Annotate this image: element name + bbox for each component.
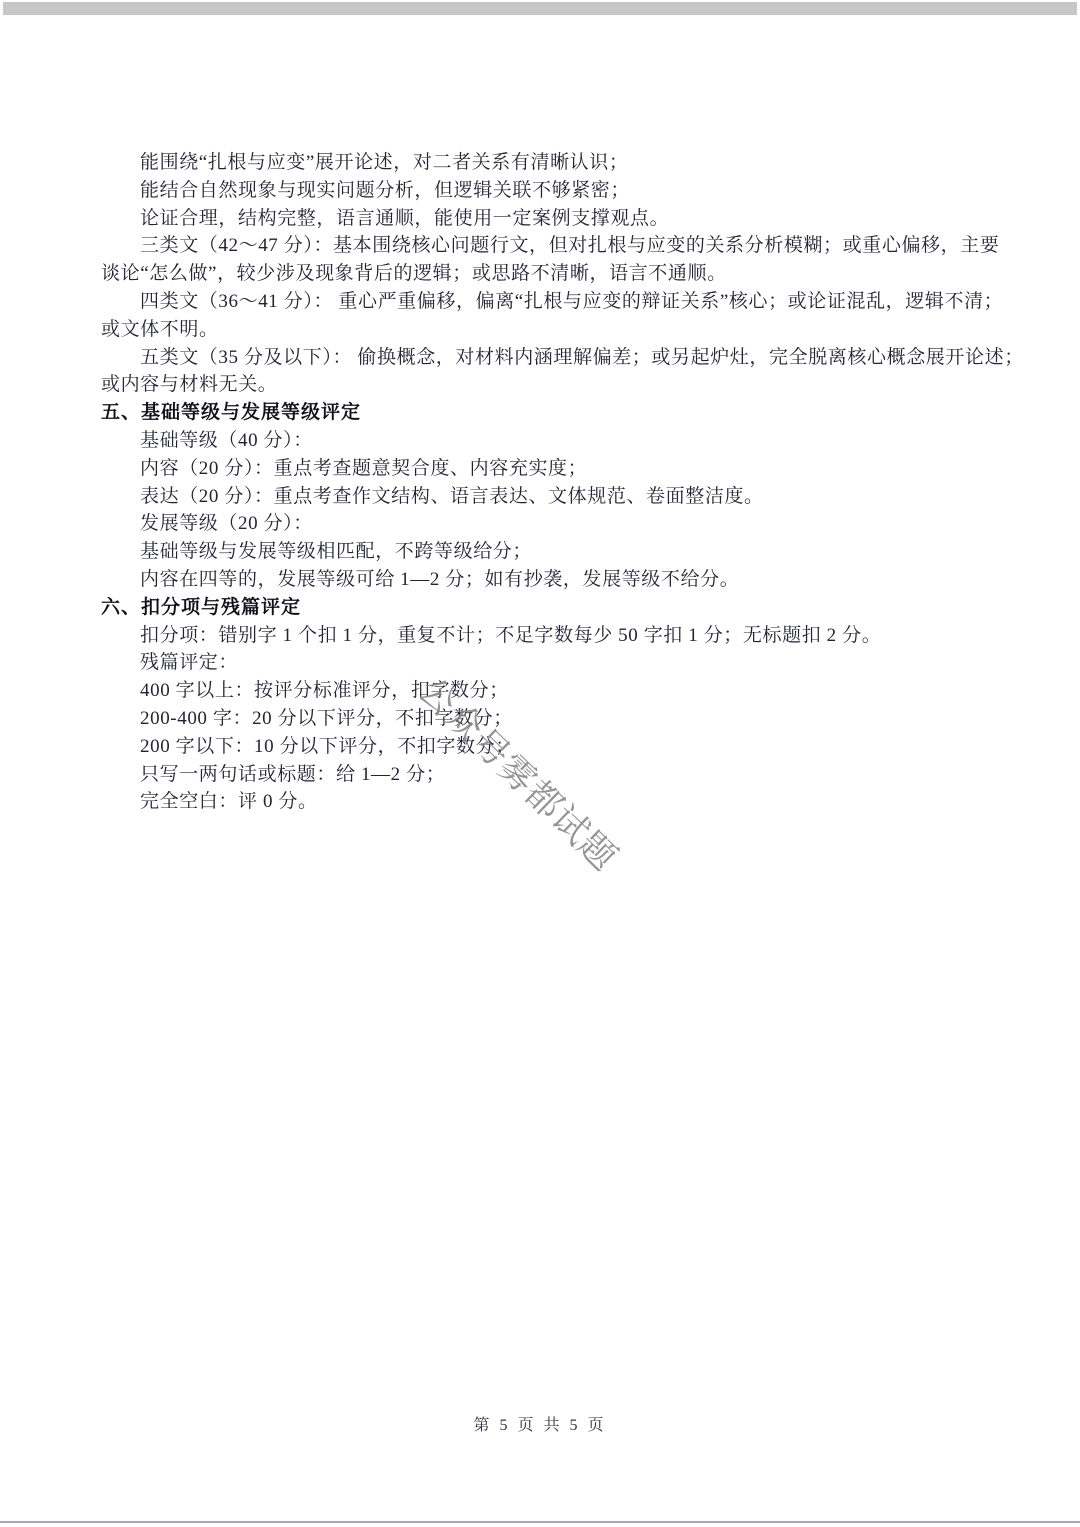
text-line: 或内容与材料无关。	[101, 371, 987, 399]
text-line: 发展等级（20 分）：	[101, 510, 987, 538]
text-line: 200 字以下：10 分以下评分，不扣字数分；	[101, 733, 987, 761]
text-line: 谈论“怎么做”，较少涉及现象背后的逻辑；或思路不清晰，语言不通顺。	[101, 260, 987, 288]
document-body: 能围绕“扎根与应变”展开论述，对二者关系有清晰认识；能结合自然现象与现实问题分析…	[101, 149, 987, 816]
section-heading: 五、基础等级与发展等级评定	[101, 399, 987, 427]
text-line: 五类文（35 分及以下）： 偷换概念，对材料内涵理解偏差；或另起炉灶，完全脱离核…	[101, 344, 987, 372]
text-line: 三类文（42～47 分）：基本围绕核心问题行文，但对扎根与应变的关系分析模糊；或…	[101, 232, 987, 260]
text-line: 内容在四等的，发展等级可给 1—2 分；如有抄袭，发展等级不给分。	[101, 566, 987, 594]
scan-artifact-bottom-line	[0, 1521, 1080, 1523]
text-line: 表达（20 分）：重点考查作文结构、语言表达、文体规范、卷面整洁度。	[101, 483, 987, 511]
text-line: 或文体不明。	[101, 316, 987, 344]
text-line: 扣分项：错别字 1 个扣 1 分，重复不计；不足字数每少 50 字扣 1 分；无…	[101, 622, 987, 650]
text-line: 论证合理，结构完整，语言通顺，能使用一定案例支撑观点。	[101, 205, 987, 233]
text-line: 能结合自然现象与现实问题分析，但逻辑关联不够紧密；	[101, 177, 987, 205]
text-line: 内容（20 分）：重点考查题意契合度、内容充实度；	[101, 455, 987, 483]
text-line: 基础等级（40 分）：	[101, 427, 987, 455]
text-line: 能围绕“扎根与应变”展开论述，对二者关系有清晰认识；	[101, 149, 987, 177]
text-line: 基础等级与发展等级相匹配，不跨等级给分；	[101, 538, 987, 566]
text-line: 400 字以上：按评分标准评分，扣字数分；	[101, 677, 987, 705]
text-line: 四类文（36～41 分）： 重心严重偏移，偏离“扎根与应变的辩证关系”核心；或论…	[101, 288, 987, 316]
page-number-footer: 第 5 页 共 5 页	[0, 1412, 1080, 1435]
text-line: 200-400 字：20 分以下评分，不扣字数分；	[101, 705, 987, 733]
scan-artifact-top-bar	[3, 2, 1077, 15]
section-heading: 六、扣分项与残篇评定	[101, 594, 987, 622]
text-line: 残篇评定：	[101, 649, 987, 677]
scanned-document-page: 能围绕“扎根与应变”展开论述，对二者关系有清晰认识；能结合自然现象与现实问题分析…	[0, 0, 1080, 1527]
